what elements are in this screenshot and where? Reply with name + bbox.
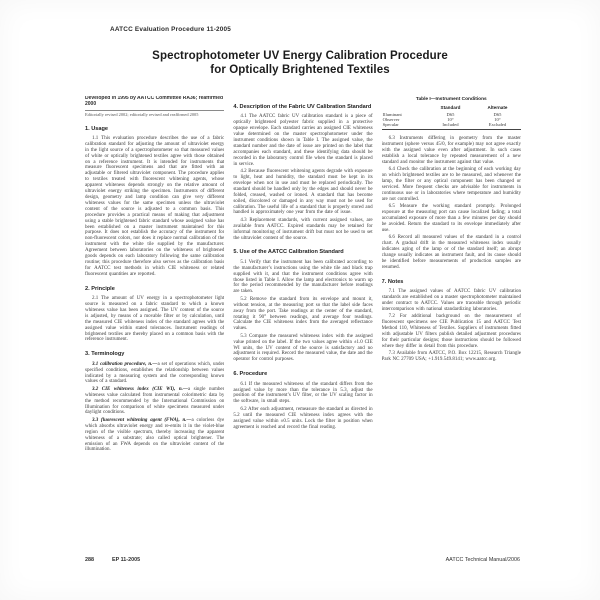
table-title: Table I—Instrument Conditions	[382, 97, 521, 103]
section-heading: 1. Usage	[85, 126, 224, 132]
document-title: Spectrophotometer UV Energy Calibration …	[0, 50, 600, 77]
body-paragraph: 6.6 Record all measured values of the st…	[382, 235, 521, 270]
body-paragraph: 6.1 If the measured whiteness of the sta…	[233, 382, 372, 406]
procedure-code: EP 11-2005	[112, 557, 140, 563]
defined-term: 3.2 CIE whiteness index (CIE WI), n.—	[92, 387, 188, 392]
defined-term: 3.1 calibration procedure, n.—	[92, 362, 157, 367]
defined-term: 3.3 fluorescent whitening agent (FWA), n…	[92, 418, 192, 423]
revision-note: Editorially revised 2002; editorially re…	[85, 112, 224, 117]
body-paragraph: 6.3 Instruments differing in geometry fr…	[382, 136, 521, 166]
instrument-conditions-table: Table I—Instrument ConditionsStandardAlt…	[382, 97, 521, 130]
table-cell: Excluded	[474, 122, 521, 129]
title-line-1: Spectrophotometer UV Energy Calibration …	[0, 50, 600, 64]
column-2: 4. Description of the Fabric UV Calibrat…	[233, 96, 372, 554]
body-paragraph: 6.5 Measure the working standard promptl…	[382, 204, 521, 234]
table-cell: Specular	[382, 122, 427, 129]
running-header: AATCC Evaluation Procedure 11-2005	[110, 26, 231, 33]
definition-paragraph: 3.1 calibration procedure, n.—a set of o…	[85, 362, 224, 386]
section-heading: 2. Principle	[85, 286, 224, 292]
body-paragraph: 2.1 The amount of UV energy in a spectro…	[85, 296, 224, 343]
body-paragraph: 7.3 Available from AATCC, P.O. Box 12215…	[382, 351, 521, 363]
section-heading: 5. Use of the AATCC Calibration Standard	[233, 249, 372, 255]
section-heading: 3. Terminology	[85, 351, 224, 357]
three-column-body: Developed in 1995 by AATCC Committee RA3…	[85, 96, 521, 554]
body-paragraph: 4.1 The AATCC fabric UV calibration stan…	[233, 114, 372, 167]
body-paragraph: 1.1 This evaluation procedure describes …	[85, 136, 224, 278]
section-heading: 4. Description of the Fabric UV Calibrat…	[233, 104, 372, 110]
manual-edition: AATCC Technical Manual/2006	[446, 557, 520, 563]
body-paragraph: 5.3 Compare the measured whiteness index…	[233, 334, 372, 364]
body-paragraph: 4.3 Replacement standards, with current …	[233, 218, 372, 242]
table-cell: Included	[427, 122, 474, 129]
body-paragraph: 5.1 Verify that the instrument has been …	[233, 260, 372, 295]
table-row: SpecularIncludedExcluded	[382, 122, 521, 129]
table-grid: StandardAlternateIlluminantD65D65Observe…	[382, 105, 521, 130]
title-line-2: for Optically Brightened Textiles	[0, 64, 600, 78]
page-footer: 288 EP 11-2005 AATCC Technical Manual/20…	[85, 557, 520, 563]
body-paragraph: 6.2 After each adjustment, remeasure the…	[233, 407, 372, 431]
definition-paragraph: 3.2 CIE whiteness index (CIE WI), n.—a s…	[85, 387, 224, 417]
body-paragraph: 6.4 Check the calibration at the beginni…	[382, 167, 521, 202]
column-3: Table I—Instrument ConditionsStandardAlt…	[382, 96, 521, 554]
body-paragraph: 5.2 Remove the standard from its envelop…	[233, 297, 372, 332]
committee-credit: Developed in 1995 by AATCC Committee RA3…	[85, 96, 224, 108]
page-number: 288	[85, 557, 94, 563]
body-paragraph: 7.2 For additional background on the mea…	[382, 314, 521, 349]
column-1: Developed in 1995 by AATCC Committee RA3…	[85, 96, 224, 554]
body-paragraph: 4.2 Because fluorescent whitening agents…	[233, 169, 372, 216]
body-paragraph: 7.1 The assigned values of AATCC fabric …	[382, 289, 521, 313]
definition-paragraph: 3.3 fluorescent whitening agent (FWA), n…	[85, 418, 224, 453]
section-heading: 6. Procedure	[233, 371, 372, 377]
divider-rule	[85, 110, 224, 111]
document-page: AATCC Evaluation Procedure 11-2005 Spect…	[0, 0, 600, 600]
section-heading: 7. Notes	[382, 279, 521, 285]
